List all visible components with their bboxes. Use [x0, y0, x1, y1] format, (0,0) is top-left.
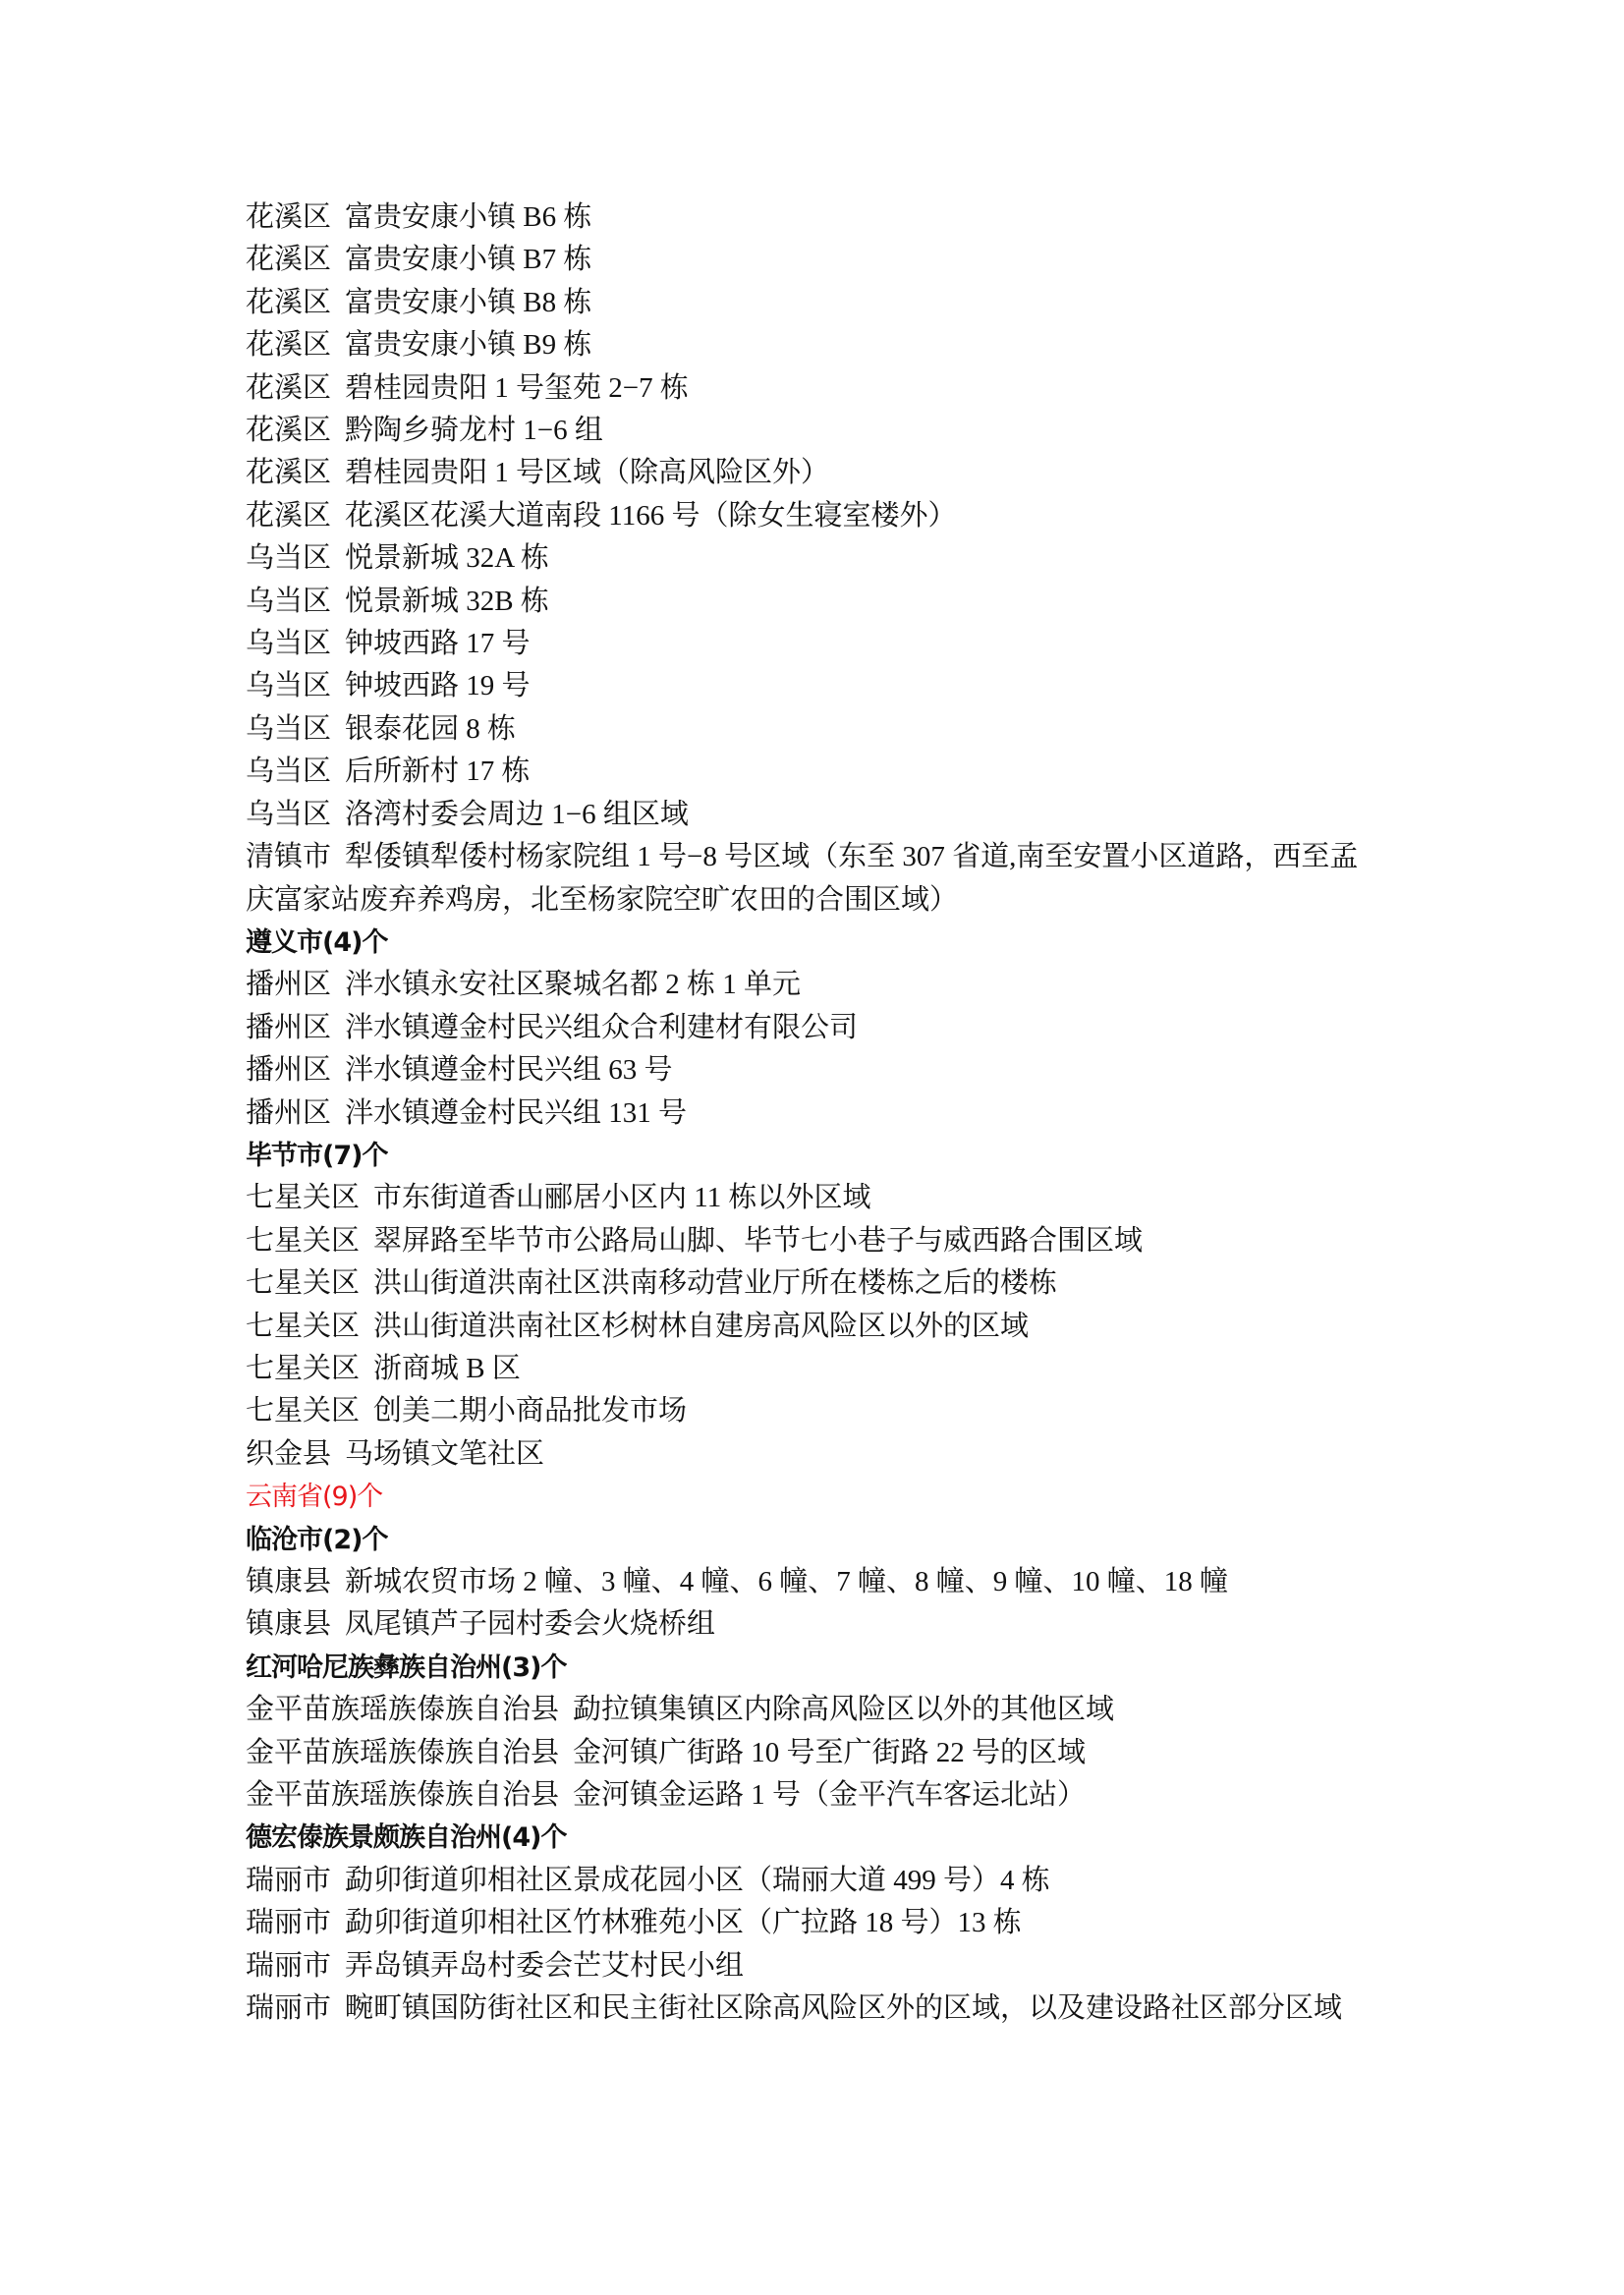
list-item: 七星关区洪山街道洪南社区杉树林自建房高风险区以外的区域: [246, 1306, 1385, 1348]
document-page: 花溪区富贵安康小镇 B6 栋 花溪区富贵安康小镇 B7 栋 花溪区富贵安康小镇 …: [246, 196, 1385, 2030]
list-item: 花溪区富贵安康小镇 B8 栋: [246, 282, 1385, 324]
location-text: 悦景新城 32B 栋: [345, 586, 549, 617]
list-item: 织金县马场镇文笔社区: [246, 1433, 1385, 1476]
district-name: 乌当区: [246, 586, 331, 617]
location-text: 钟坡西路 17 号: [345, 628, 531, 659]
location-text: 浙商城 B 区: [373, 1353, 521, 1384]
city-heading-lincang: 临沧市(2)个: [246, 1519, 1385, 1561]
district-name: 乌当区: [246, 756, 331, 787]
list-item: 乌当区银泰花园 8 栋: [246, 708, 1385, 751]
location-text: 马场镇文笔社区: [345, 1438, 544, 1470]
city-heading-bijie: 毕节市(7)个: [246, 1135, 1385, 1177]
district-name: 花溪区: [246, 244, 331, 275]
list-item: 播州区泮水镇遵金村民兴组 131 号: [246, 1092, 1385, 1135]
list-item: 七星关区市东街道香山郦居小区内 11 栋以外区域: [246, 1177, 1385, 1219]
location-text: 富贵安康小镇 B9 栋: [345, 329, 591, 361]
location-text: 翠屏路至毕节市公路局山脚、毕节七小巷子与威西路合围区域: [373, 1225, 1143, 1257]
district-name: 花溪区: [246, 372, 331, 404]
list-item: 花溪区碧桂园贵阳 1 号区域（除高风险区外）: [246, 452, 1385, 494]
location-text: 洪山街道洪南社区杉树林自建房高风险区以外的区域: [373, 1311, 1029, 1342]
district-name: 七星关区: [246, 1353, 360, 1384]
location-text: 勐卯街道卯相社区竹林雅苑小区（广拉路 18 号）13 栋: [345, 1907, 1022, 1938]
list-item: 花溪区黔陶乡骑龙村 1−6 组: [246, 410, 1385, 452]
list-item: 乌当区后所新村 17 栋: [246, 751, 1385, 793]
district-name: 播州区: [246, 969, 331, 1000]
list-item: 镇康县凤尾镇芦子园村委会火烧桥组: [246, 1603, 1385, 1646]
list-item: 花溪区富贵安康小镇 B9 栋: [246, 324, 1385, 366]
list-item: 七星关区创美二期小商品批发市场: [246, 1390, 1385, 1432]
list-item: 乌当区悦景新城 32B 栋: [246, 581, 1385, 623]
district-name: 七星关区: [246, 1311, 360, 1342]
location-text: 钟坡西路 19 号: [345, 670, 531, 701]
location-text: 泮水镇遵金村民兴组众合利建材有限公司: [345, 1012, 858, 1043]
list-item: 清镇市犁倭镇犁倭村杨家院组 1 号−8 号区域（东至 307 省道,南至安置小区…: [246, 836, 1385, 922]
location-text: 泮水镇遵金村民兴组 63 号: [345, 1054, 673, 1086]
district-name: 镇康县: [246, 1608, 331, 1640]
district-name: 花溪区: [246, 201, 331, 233]
list-item: 花溪区碧桂园贵阳 1 号玺苑 2−7 栋: [246, 367, 1385, 410]
district-name: 七星关区: [246, 1182, 360, 1213]
list-item: 七星关区浙商城 B 区: [246, 1348, 1385, 1390]
location-text: 后所新村 17 栋: [345, 756, 531, 787]
location-text: 泮水镇永安社区聚城名都 2 栋 1 单元: [345, 969, 801, 1000]
location-text: 洪山街道洪南社区洪南移动营业厅所在楼栋之后的楼栋: [373, 1267, 1057, 1299]
list-item: 花溪区花溪区花溪大道南段 1166 号（除女生寝室楼外）: [246, 495, 1385, 537]
district-name: 花溪区: [246, 415, 331, 446]
district-name: 金平苗族瑶族傣族自治县: [246, 1779, 559, 1811]
location-text: 富贵安康小镇 B6 栋: [345, 201, 591, 233]
location-text: 创美二期小商品批发市场: [373, 1395, 687, 1427]
list-item: 金平苗族瑶族傣族自治县勐拉镇集镇区内除高风险区以外的其他区域: [246, 1689, 1385, 1731]
district-name: 瑞丽市: [246, 1865, 331, 1896]
location-text: 畹町镇国防街社区和民主街社区除高风险区外的区域，以及建设路社区部分区域: [345, 1992, 1342, 2024]
list-item: 瑞丽市勐卯街道卯相社区景成花园小区（瑞丽大道 499 号）4 栋: [246, 1860, 1385, 1902]
list-item: 播州区泮水镇永安社区聚城名都 2 栋 1 单元: [246, 964, 1385, 1006]
location-text: 富贵安康小镇 B7 栋: [345, 244, 591, 275]
district-name: 瑞丽市: [246, 1950, 331, 1982]
location-text: 悦景新城 32A 栋: [345, 542, 549, 574]
district-name: 瑞丽市: [246, 1907, 331, 1938]
list-item: 金平苗族瑶族傣族自治县金河镇金运路 1 号（金平汽车客运北站）: [246, 1774, 1385, 1817]
location-text: 金河镇广街路 10 号至广街路 22 号的区域: [573, 1737, 1086, 1768]
district-name: 七星关区: [246, 1225, 360, 1257]
list-item: 瑞丽市弄岛镇弄岛村委会芒艾村民小组: [246, 1945, 1385, 1987]
district-name: 播州区: [246, 1097, 331, 1129]
city-heading-dehong: 德宏傣族景颇族自治州(4)个: [246, 1817, 1385, 1859]
location-text: 弄岛镇弄岛村委会芒艾村民小组: [345, 1950, 744, 1982]
list-item: 播州区泮水镇遵金村民兴组 63 号: [246, 1049, 1385, 1092]
location-text: 黔陶乡骑龙村 1−6 组: [345, 415, 603, 446]
district-name: 花溪区: [246, 457, 331, 488]
location-text: 泮水镇遵金村民兴组 131 号: [345, 1097, 687, 1129]
location-text: 碧桂园贵阳 1 号区域（除高风险区外）: [345, 457, 829, 488]
location-text: 勐卯街道卯相社区景成花园小区（瑞丽大道 499 号）4 栋: [345, 1865, 1050, 1896]
district-name: 乌当区: [246, 799, 331, 830]
list-item: 乌当区钟坡西路 19 号: [246, 665, 1385, 707]
district-name: 织金县: [246, 1438, 331, 1470]
district-name: 乌当区: [246, 670, 331, 701]
district-name: 七星关区: [246, 1267, 360, 1299]
list-item: 瑞丽市勐卯街道卯相社区竹林雅苑小区（广拉路 18 号）13 栋: [246, 1902, 1385, 1944]
district-name: 播州区: [246, 1012, 331, 1043]
location-text: 金河镇金运路 1 号（金平汽车客运北站）: [573, 1779, 1086, 1811]
location-text: 犁倭镇犁倭村杨家院组 1 号−8 号区域（东至 307 省道,南至安置小区道路，…: [246, 841, 1358, 915]
location-text: 勐拉镇集镇区内除高风险区以外的其他区域: [573, 1694, 1114, 1725]
district-name: 金平苗族瑶族傣族自治县: [246, 1694, 559, 1725]
list-item: 七星关区洪山街道洪南社区洪南移动营业厅所在楼栋之后的楼栋: [246, 1262, 1385, 1305]
list-item: 花溪区富贵安康小镇 B7 栋: [246, 239, 1385, 281]
list-item: 花溪区富贵安康小镇 B6 栋: [246, 196, 1385, 239]
district-name: 花溪区: [246, 329, 331, 361]
location-text: 花溪区花溪大道南段 1166 号（除女生寝室楼外）: [345, 500, 956, 532]
district-name: 清镇市: [246, 841, 331, 872]
district-name: 花溪区: [246, 500, 331, 532]
list-item: 乌当区洛湾村委会周边 1−6 组区域: [246, 794, 1385, 836]
district-name: 镇康县: [246, 1566, 331, 1597]
location-text: 碧桂园贵阳 1 号玺苑 2−7 栋: [345, 372, 689, 404]
location-text: 银泰花园 8 栋: [345, 713, 516, 745]
location-text: 新城农贸市场 2 幢、3 幢、4 幢、6 幢、7 幢、8 幢、9 幢、10 幢、…: [345, 1566, 1228, 1597]
city-heading-honghe: 红河哈尼族彝族自治州(3)个: [246, 1647, 1385, 1689]
list-item: 播州区泮水镇遵金村民兴组众合利建材有限公司: [246, 1007, 1385, 1049]
district-name: 乌当区: [246, 628, 331, 659]
list-item: 七星关区翠屏路至毕节市公路局山脚、毕节七小巷子与威西路合围区域: [246, 1220, 1385, 1262]
list-item: 镇康县新城农贸市场 2 幢、3 幢、4 幢、6 幢、7 幢、8 幢、9 幢、10…: [246, 1561, 1385, 1603]
location-text: 市东街道香山郦居小区内 11 栋以外区域: [373, 1182, 870, 1213]
district-name: 七星关区: [246, 1395, 360, 1427]
district-name: 金平苗族瑶族傣族自治县: [246, 1737, 559, 1768]
district-name: 乌当区: [246, 713, 331, 745]
list-item: 乌当区悦景新城 32A 栋: [246, 537, 1385, 580]
city-heading-zunyi: 遵义市(4)个: [246, 922, 1385, 964]
list-item: 瑞丽市畹町镇国防街社区和民主街社区除高风险区外的区域，以及建设路社区部分区域: [246, 1987, 1385, 2030]
district-name: 播州区: [246, 1054, 331, 1086]
district-name: 花溪区: [246, 287, 331, 318]
list-item: 乌当区钟坡西路 17 号: [246, 623, 1385, 665]
province-heading-yunnan: 云南省(9)个: [246, 1476, 1385, 1518]
list-item: 金平苗族瑶族傣族自治县金河镇广街路 10 号至广街路 22 号的区域: [246, 1732, 1385, 1774]
district-name: 乌当区: [246, 542, 331, 574]
location-text: 凤尾镇芦子园村委会火烧桥组: [345, 1608, 715, 1640]
location-text: 富贵安康小镇 B8 栋: [345, 287, 591, 318]
location-text: 洛湾村委会周边 1−6 组区域: [345, 799, 689, 830]
district-name: 瑞丽市: [246, 1992, 331, 2024]
